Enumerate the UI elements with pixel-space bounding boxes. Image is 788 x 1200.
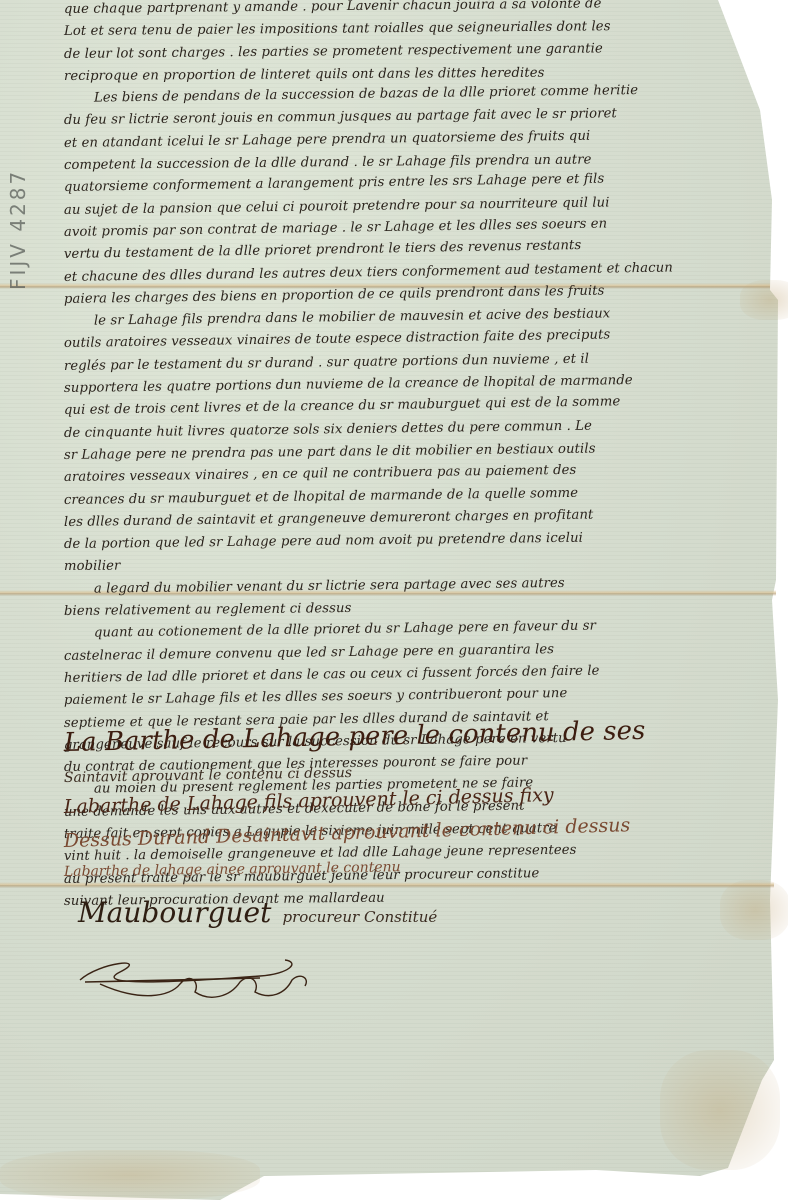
document-page: FIJV 4287 que chaque partprenant y amand…: [0, 0, 788, 1200]
notary-signature: Maubourguet procureur Constitué: [78, 896, 437, 929]
notary-role: procureur Constitué: [282, 908, 437, 926]
signature-flourish-icon: [60, 942, 360, 1012]
notary-name: Maubourguet: [78, 896, 271, 929]
signature-block: La Barthe de Lahage pere le contenu de s…: [64, 728, 764, 890]
pencil-margin-annotation: FIJV 4287: [6, 100, 36, 290]
